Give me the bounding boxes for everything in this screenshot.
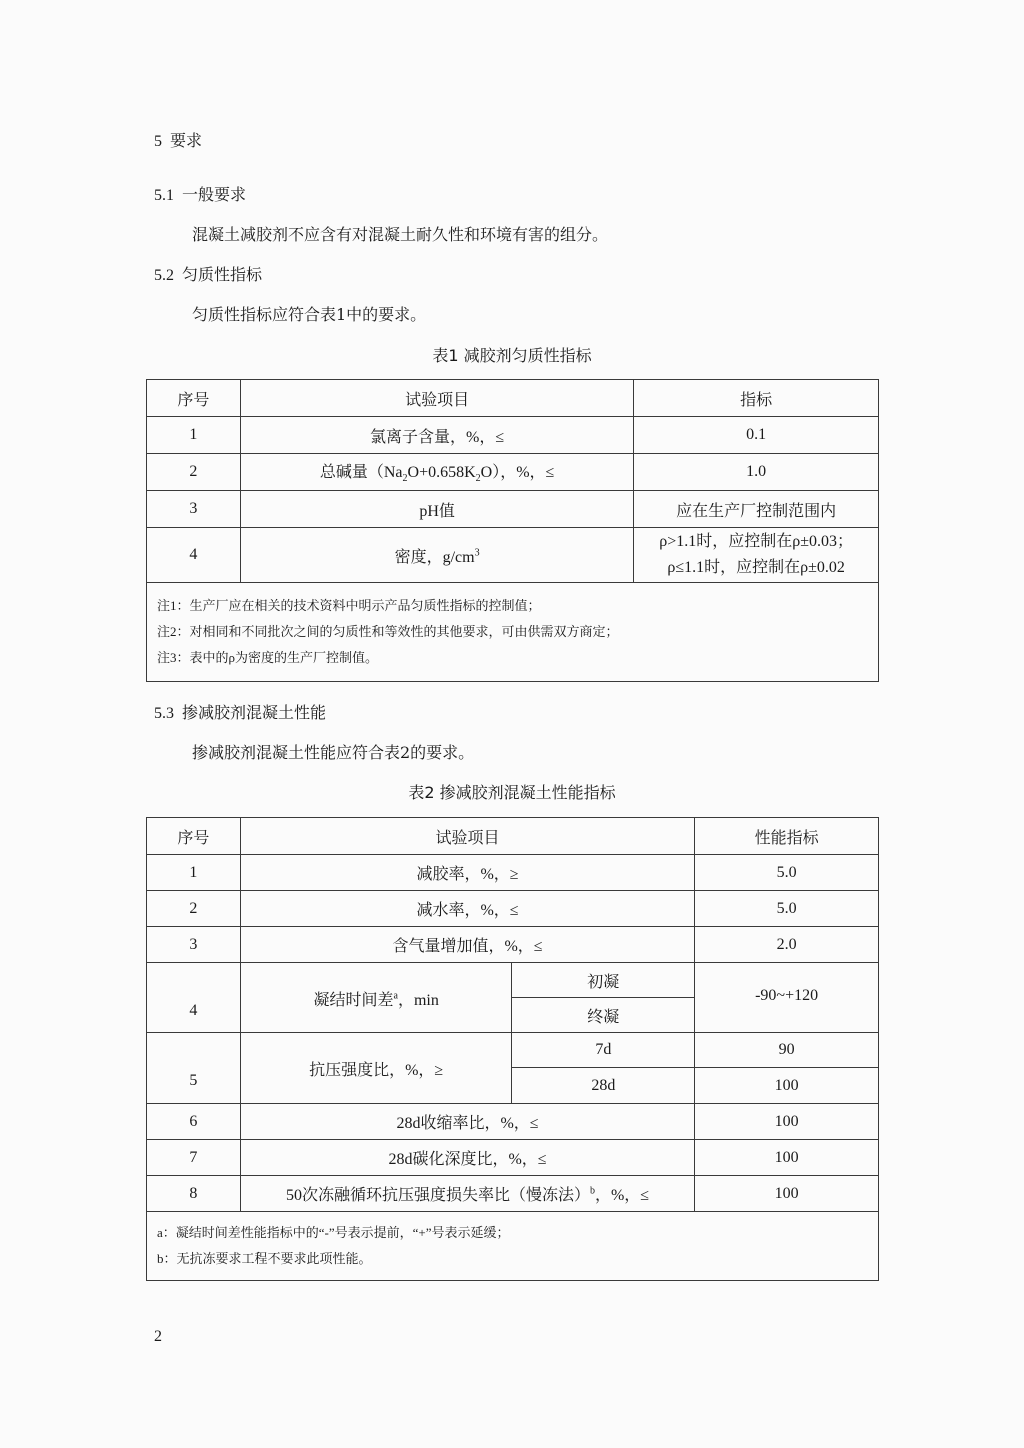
section-title: 一般要求 [182,185,246,204]
test-item: 氯离子含量，%，≤ [240,417,634,454]
section-number: 5.2 [154,267,174,284]
header-cell: 试验项目 [240,380,634,417]
table-2: 序号 试验项目 性能指标 1 减胶率，%，≥ 5.0 2 减水率，%，≤ 5.0… [146,817,879,1281]
test-item: 28d收缩率比，%，≤ [240,1104,694,1140]
test-item: 50次冻融循环抗压强度损失率比（慢冻法）b，%，≤ [240,1176,694,1212]
note: 注3：表中的ρ为密度的生产厂控制值。 [157,645,868,671]
sub-item: 初凝 [512,963,695,998]
table-header-row: 序号 试验项目 性能指标 [147,818,879,855]
section-5-2-text: 匀质性指标应符合表1中的要求。 [192,302,426,325]
page-number: 2 [154,1328,162,1346]
header-cell: 序号 [147,818,241,855]
section-title: 掺减胶剂混凝土性能 [182,703,326,722]
indicator-value: 100 [695,1176,879,1212]
table-row: 4 凝结时间差a，min 初凝 -90~+120 [147,963,879,998]
note: a：凝结时间差性能指标中的“-”号表示提前，“+”号表示延缓； [157,1220,868,1246]
table-row: 3 pH值 应在生产厂控制范围内 [147,491,879,528]
section-title: 要求 [170,131,202,150]
notes-row: a：凝结时间差性能指标中的“-”号表示提前，“+”号表示延缓； b：无抗冻要求工… [147,1212,879,1281]
test-item: 密度，g/cm3 [240,528,634,583]
section-number: 5 [154,133,162,150]
table-2-caption: 表2 掺减胶剂混凝土性能指标 [0,780,1024,803]
row-number: 2 [147,891,241,927]
row-number: 5 [147,1033,241,1104]
row-number: 1 [147,417,241,454]
header-cell: 指标 [634,380,879,417]
row-number: 1 [147,855,241,891]
indicator-value: 1.0 [634,454,879,491]
section-5-2-heading: 5.2匀质性指标 [154,262,262,285]
text: 凝结时间差 [313,992,393,1009]
section-number: 5.1 [154,187,174,204]
table-row: 1 减胶率，%，≥ 5.0 [147,855,879,891]
indicator-value: 100 [695,1068,879,1104]
table-row: 5 抗压强度比，%，≥ 7d 90 [147,1033,879,1068]
text: O），%，≤ [481,464,555,481]
table-notes: 注1：生产厂应在相关的技术资料中明示产品匀质性指标的控制值； 注2：对相同和不同… [147,583,879,682]
table-row: 2 减水率，%，≤ 5.0 [147,891,879,927]
table-row: 2 总碱量（Na2O+0.658K2O），%，≤ 1.0 [147,454,879,491]
table-row: 6 28d收缩率比，%，≤ 100 [147,1104,879,1140]
text: O+0.658K [408,464,476,481]
text: ，%，≤ [595,1187,649,1204]
table-row: 7 28d碳化深度比，%，≤ 100 [147,1140,879,1176]
indicator-value: 90 [695,1033,879,1068]
indicator-value: ρ>1.1时，应控制在ρ±0.03； ρ≤1.1时，应控制在ρ±0.02 [634,528,879,583]
superscript: 3 [475,547,480,558]
note: 注1：生产厂应在相关的技术资料中明示产品匀质性指标的控制值； [157,593,868,619]
indicator-value: 应在生产厂控制范围内 [634,491,879,528]
indicator-value: 5.0 [695,891,879,927]
section-title: 匀质性指标 [182,265,262,284]
test-item: 减胶率，%，≥ [240,855,694,891]
table-row: 4 密度，g/cm3 ρ>1.1时，应控制在ρ±0.03； ρ≤1.1时，应控制… [147,528,879,583]
table-header-row: 序号 试验项目 指标 [147,380,879,417]
sub-item: 7d [512,1033,695,1068]
row-number: 8 [147,1176,241,1212]
sub-item: 28d [512,1068,695,1104]
row-number: 2 [147,454,241,491]
row-number: 4 [147,963,241,1033]
section-5-heading: 5要求 [154,128,202,151]
table-notes: a：凝结时间差性能指标中的“-”号表示提前，“+”号表示延缓； b：无抗冻要求工… [147,1212,879,1281]
indicator-value: 5.0 [695,855,879,891]
header-cell: 序号 [147,380,241,417]
test-item: 减水率，%，≤ [240,891,694,927]
text: 50次冻融循环抗压强度损失率比（慢冻法） [286,1187,590,1204]
sub-item: 终凝 [512,998,695,1033]
table-1: 序号 试验项目 指标 1 氯离子含量，%，≤ 0.1 2 总碱量（Na2O+0.… [146,379,879,682]
row-number: 4 [147,528,241,583]
section-5-1-text: 混凝土减胶剂不应含有对混凝土耐久性和环境有害的组分。 [192,222,608,245]
header-cell: 试验项目 [240,818,694,855]
indicator-value: 100 [695,1140,879,1176]
test-item: 抗压强度比，%，≥ [240,1033,512,1104]
table-1-caption: 表1 减胶剂匀质性指标 [0,343,1024,366]
table-row: 3 含气量增加值，%，≤ 2.0 [147,927,879,963]
row-number: 3 [147,927,241,963]
section-5-3-text: 掺减胶剂混凝土性能应符合表2的要求。 [192,740,474,763]
header-cell: 性能指标 [695,818,879,855]
indicator-value: 100 [695,1104,879,1140]
text: 密度，g/cm [395,549,475,566]
test-item: pH值 [240,491,634,528]
indicator-value: 2.0 [695,927,879,963]
section-5-3-heading: 5.3掺减胶剂混凝土性能 [154,700,326,723]
text: ，min [398,992,439,1009]
indicator-value: 0.1 [634,417,879,454]
text: 总碱量（Na [320,464,403,481]
row-number: 3 [147,491,241,528]
indicator-value: -90~+120 [695,963,879,1033]
test-item: 总碱量（Na2O+0.658K2O），%，≤ [240,454,634,491]
indicator-line: ρ≤1.1时，应控制在ρ±0.02 [634,555,878,581]
row-number: 6 [147,1104,241,1140]
test-item: 凝结时间差a，min [240,963,512,1033]
note: b：无抗冻要求工程不要求此项性能。 [157,1246,868,1272]
indicator-line: ρ>1.1时，应控制在ρ±0.03； [634,529,878,555]
notes-row: 注1：生产厂应在相关的技术资料中明示产品匀质性指标的控制值； 注2：对相同和不同… [147,583,879,682]
section-number: 5.3 [154,705,174,722]
row-number: 7 [147,1140,241,1176]
table-row: 8 50次冻融循环抗压强度损失率比（慢冻法）b，%，≤ 100 [147,1176,879,1212]
test-item: 含气量增加值，%，≤ [240,927,694,963]
table-row: 1 氯离子含量，%，≤ 0.1 [147,417,879,454]
test-item: 28d碳化深度比，%，≤ [240,1140,694,1176]
section-5-1-heading: 5.1一般要求 [154,182,246,205]
note: 注2：对相同和不同批次之间的匀质性和等效性的其他要求，可由供需双方商定； [157,619,868,645]
